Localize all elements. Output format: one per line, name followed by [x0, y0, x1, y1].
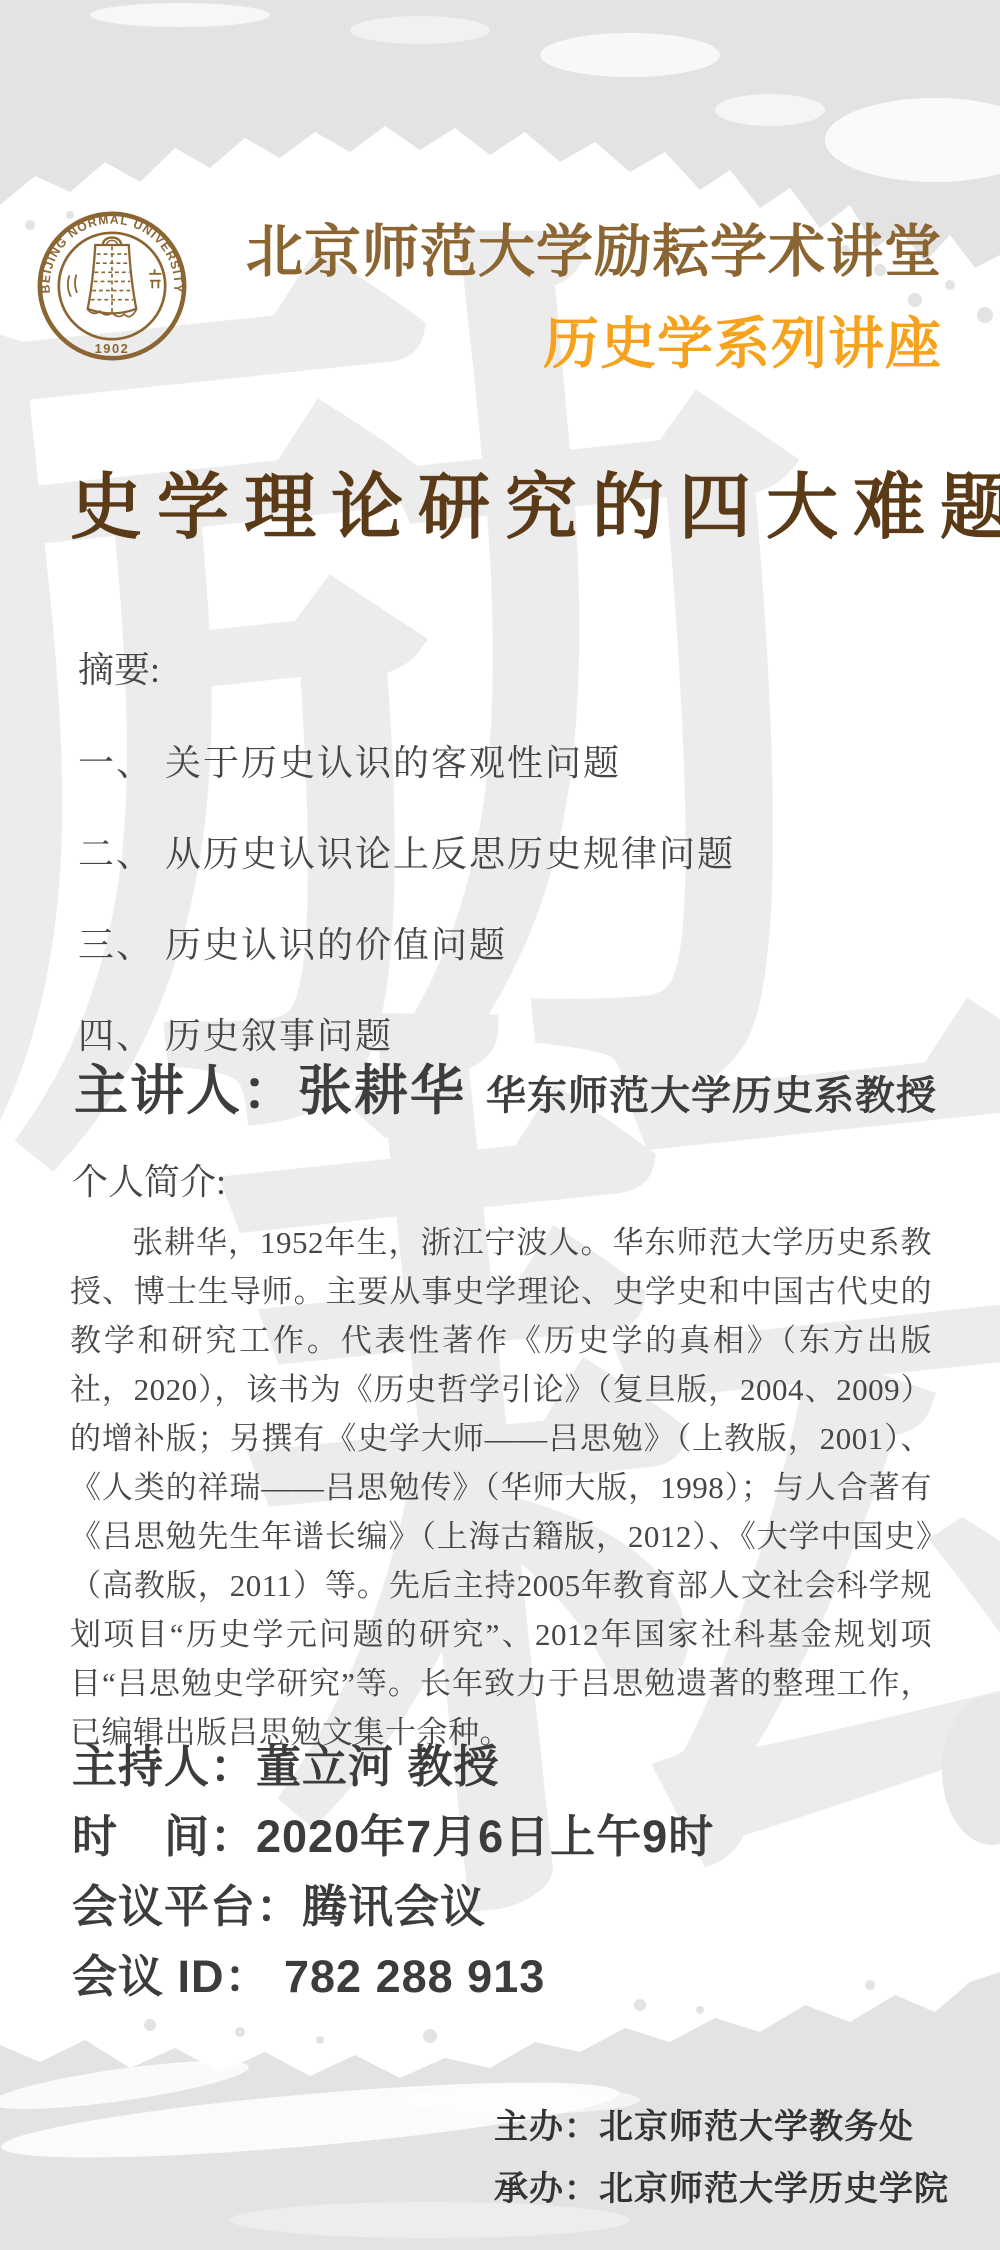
speaker-line: 主讲人：张耕华华东师范大学历史系教授 [74, 1048, 937, 1125]
abstract-item: 一、 关于历史认识的客观性问题 [78, 744, 735, 782]
speaker-affiliation: 华东师范大学历史系教授 [486, 1074, 937, 1118]
bio-label: 个人简介: [72, 1164, 226, 1200]
header-title: 北京师范大学励耘学术讲堂 [246, 224, 942, 281]
detail-line-host: 主持人：董立河 教授 [72, 1744, 714, 1789]
footer-co-organizer: 承办：北京师范大学历史学院 [494, 2158, 949, 2220]
abstract-label: 摘要: [78, 652, 160, 688]
header-subtitle: 历史学系列讲座 [246, 316, 942, 372]
bio-text: 张耕华，1952年生，浙江宁波人。华东师范大学历史系教授、博士生导师。主要从事史… [70, 1218, 932, 1757]
lecture-poster: 励 耘 BEIJING NORMAL UNIVERSITY 1902 [0, 0, 1000, 2250]
abstract-item: 二、 从历史认识论上反思历史规律问题 [78, 835, 735, 873]
detail-line-meeting-id: 会议 ID： 782 288 913 [72, 1954, 714, 1999]
poster-header: 北京师范大学励耘学术讲堂 历史学系列讲座 [246, 224, 942, 372]
speaker-name: 主讲人：张耕华 [74, 1061, 466, 1121]
footer-organizer: 主办：北京师范大学教务处 [494, 2096, 949, 2158]
organizers-footer: 主办：北京师范大学教务处 承办：北京师范大学历史学院 [494, 2096, 949, 2220]
lecture-title: 史学理论研究的四大难题 [70, 472, 1000, 544]
bnu-seal-logo: BEIJING NORMAL UNIVERSITY 1902 [36, 210, 188, 362]
right-grunge-blob [930, 1690, 1000, 1850]
abstract-item: 三、 历史认识的价值问题 [78, 926, 735, 964]
seal-bell-icon [68, 238, 162, 317]
seal-year: 1902 [95, 341, 130, 356]
event-details: 主持人：董立河 教授 时 间：2020年7月6日上午9时 会议平台：腾讯会议 会… [72, 1744, 714, 2024]
detail-line-platform: 会议平台：腾讯会议 [72, 1884, 714, 1929]
detail-line-time: 时 间：2020年7月6日上午9时 [72, 1814, 714, 1859]
